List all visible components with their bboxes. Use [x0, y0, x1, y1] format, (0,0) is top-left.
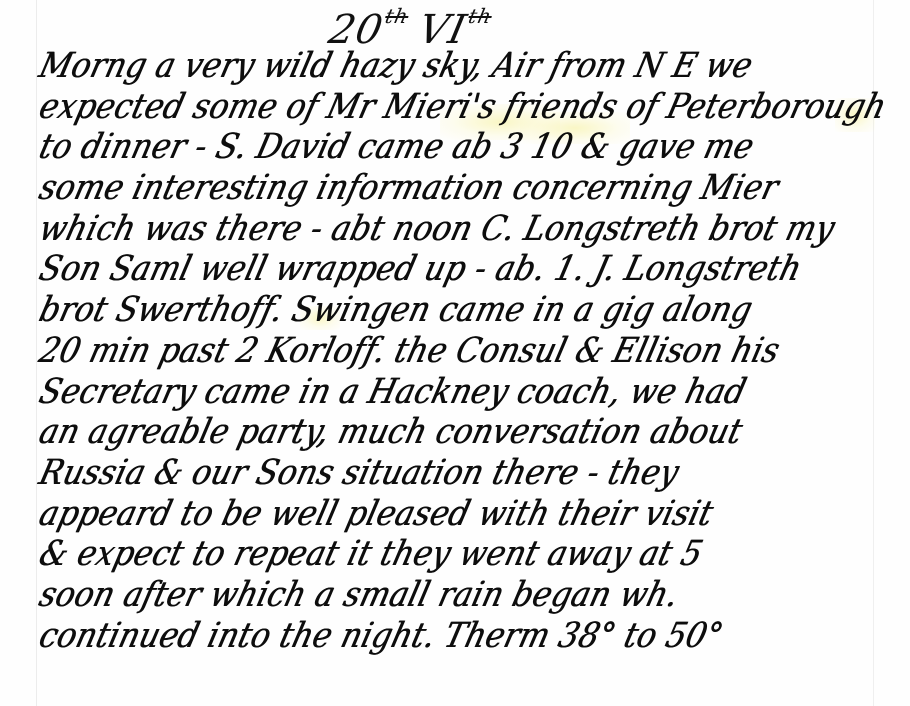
entry-line: appeard to be well pleased with their vi… [34, 491, 885, 537]
entry-line: which was there - abt noon C. Longstreth… [34, 206, 885, 252]
entry-line: 20 min past 2 Korloff. the Consul & Elli… [34, 328, 885, 374]
entry-line: Secretary came in a Hackney coach, we ha… [34, 369, 885, 415]
entry-line: Son Saml well wrapped up - ab. 1. J. Lon… [34, 247, 885, 293]
heading-day-suffix: th [383, 4, 411, 28]
heading-month-suffix: th [466, 4, 494, 28]
entry-line: brot Swerthoff. Swingen came in a gig al… [34, 288, 885, 334]
entry-line: an agreable party, much conversation abo… [34, 410, 885, 456]
diary-entry-body: Morng a very wild hazy sky, Air from N E… [40, 46, 880, 656]
entry-line: continued into the night. Therm 38° to 5… [34, 613, 885, 659]
entry-line: soon after which a small rain began wh. [34, 572, 885, 618]
entry-line: & expect to repeat it they went away at … [34, 532, 885, 578]
entry-line: to dinner - S. David came ab 3 10 & gave… [34, 125, 885, 171]
entry-line: expected some of Mr Mieri's friends of P… [34, 84, 885, 130]
entry-line: Morng a very wild hazy sky, Air from N E… [34, 44, 885, 90]
scanned-page: 20th VIth Morng a very wild hazy sky, Ai… [0, 0, 910, 706]
entry-line: Russia & our Sons situation there - they [34, 450, 885, 496]
entry-line: some interesting information concerning … [34, 166, 885, 212]
page-edge-left [36, 0, 37, 706]
